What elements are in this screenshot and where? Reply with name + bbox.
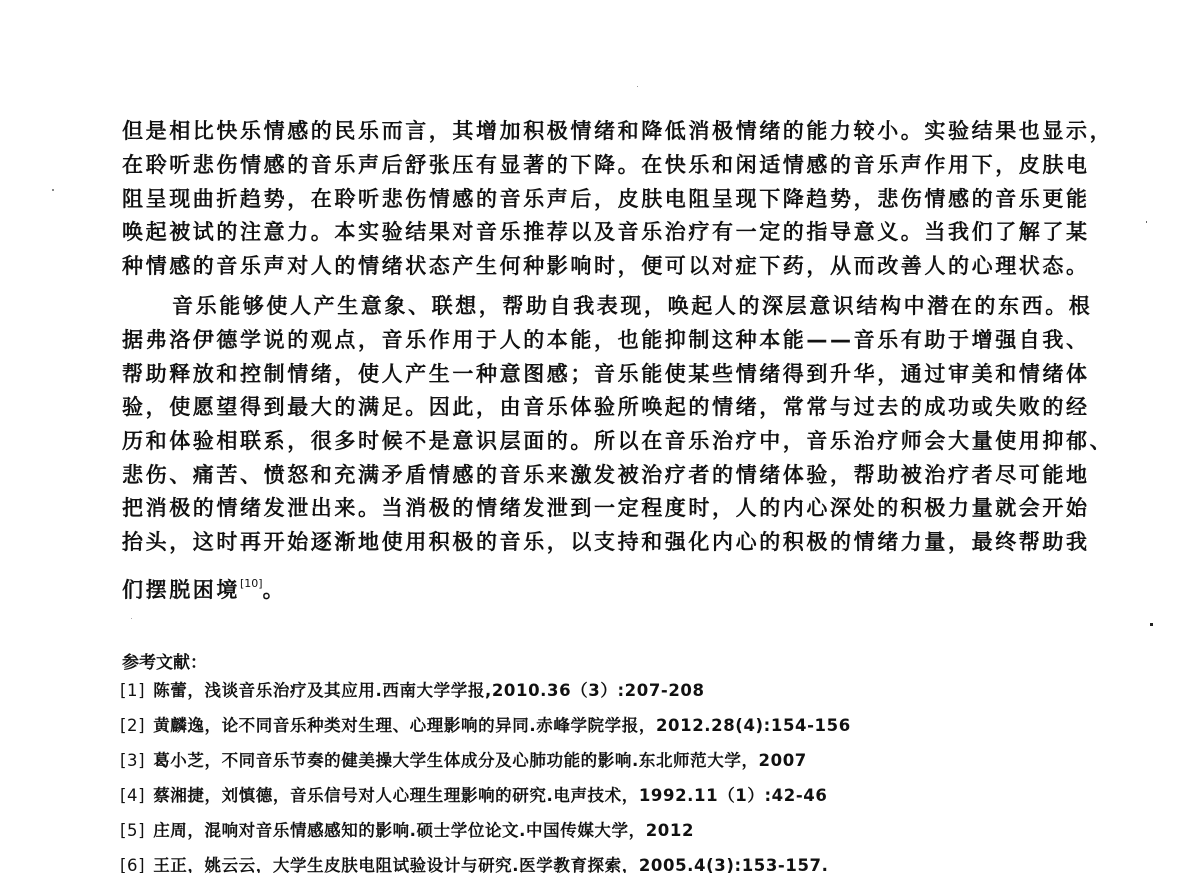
- text-line: 抬头，这时再开始逐渐地使用积极的音乐，以支持和强化内心的积极的情绪力量，最终帮助…: [122, 525, 1090, 559]
- reference-text: 陈蕾，浅谈音乐治疗及其应用.西南大学学报,2010.36（3）:207-208: [153, 681, 704, 700]
- reference-number: [2]: [120, 716, 145, 735]
- reference-item: [1]陈蕾，浅谈音乐治疗及其应用.西南大学学报,2010.36（3）:207-2…: [120, 680, 705, 702]
- reference-number: [3]: [120, 751, 145, 770]
- text-line: 们摆脱困境: [122, 578, 240, 602]
- text-line: 音乐能够使人产生意象、联想，帮助自我表现，唤起人的深层意识结构中潜在的东西。根: [172, 289, 1092, 323]
- reference-item: [3]葛小芝，不同音乐节奏的健美操大学生体成分及心肺功能的影响.东北师范大学，2…: [120, 750, 807, 772]
- reference-text: 王正，姚云云，大学生皮肤电阻试验设计与研究.医学教育探索，2005.4(3):1…: [153, 856, 828, 873]
- scan-speck: [131, 618, 132, 619]
- reference-number: [1]: [120, 681, 145, 700]
- text-line: 验，使愿望得到最大的满足。因此，由音乐体验所唤起的情绪，常常与过去的成功或失败的…: [122, 390, 1090, 424]
- references-heading: 参考文献：: [122, 648, 207, 673]
- text-line: 在聆听悲伤情感的音乐声后舒张压有显著的下降。在快乐和闲适情感的音乐声作用下，皮肤…: [122, 148, 1090, 182]
- text-line: 悲伤、痛苦、愤怒和充满矛盾情感的音乐来激发被治疗者的情绪体验，帮助被治疗者尽可能…: [122, 458, 1090, 492]
- reference-text: 蔡湘捷，刘慎德，音乐信号对人心理生理影响的研究.电声技术，1992.11（1）:…: [153, 786, 827, 805]
- reference-text: 庄周，混响对音乐情感感知的影响.硕士学位论文.中国传媒大学，2012: [153, 821, 694, 840]
- scan-speck: [1146, 221, 1147, 223]
- reference-number: [4]: [120, 786, 145, 805]
- text-line-last: 们摆脱困境[10]。: [122, 573, 286, 607]
- reference-item: [2]黄麟逸，论不同音乐种类对生理、心理影响的异同.赤峰学院学报，2012.28…: [120, 715, 851, 737]
- reference-item: [6]王正，姚云云，大学生皮肤电阻试验设计与研究.医学教育探索，2005.4(3…: [120, 855, 829, 873]
- text-line: 但是相比快乐情感的民乐而言，其增加积极情绪和降低消极情绪的能力较小。实验结果也显…: [122, 114, 1113, 148]
- reference-text: 葛小芝，不同音乐节奏的健美操大学生体成分及心肺功能的影响.东北师范大学，2007: [153, 751, 807, 770]
- sentence-end: 。: [263, 578, 287, 602]
- document-page: 但是相比快乐情感的民乐而言，其增加积极情绪和降低消极情绪的能力较小。实验结果也显…: [0, 0, 1200, 873]
- text-line: 帮助释放和控制情绪，使人产生一种意图感；音乐能使某些情绪得到升华，通过审美和情绪…: [122, 357, 1090, 391]
- reference-text: 黄麟逸，论不同音乐种类对生理、心理影响的异同.赤峰学院学报，2012.28(4)…: [153, 716, 851, 735]
- reference-number: [5]: [120, 821, 145, 840]
- citation-marker[interactable]: [10]: [240, 577, 263, 590]
- text-line: 种情感的音乐声对人的情绪状态产生何种影响时，便可以对症下药，从而改善人的心理状态…: [122, 249, 1090, 283]
- reference-item: [4]蔡湘捷，刘慎德，音乐信号对人心理生理影响的研究.电声技术，1992.11（…: [120, 785, 827, 807]
- text-line: 阻呈现曲折趋势，在聆听悲伤情感的音乐声后，皮肤电阻呈现下降趋势，悲伤情感的音乐更…: [122, 182, 1090, 216]
- text-line: 据弗洛伊德学说的观点，音乐作用于人的本能，也能抑制这种本能——音乐有助于增强自我…: [122, 323, 1090, 357]
- scan-speck: [637, 86, 638, 87]
- reference-item: [5]庄周，混响对音乐情感感知的影响.硕士学位论文.中国传媒大学，2012: [120, 820, 694, 842]
- text-line: 唤起被试的注意力。本实验结果对音乐推荐以及音乐治疗有一定的指导意义。当我们了解了…: [122, 215, 1090, 249]
- text-line: 把消极的情绪发泄出来。当消极的情绪发泄到一定程度时，人的内心深处的积极力量就会开…: [122, 491, 1090, 525]
- text-line: 历和体验相联系，很多时候不是意识层面的。所以在音乐治疗中，音乐治疗师会大量使用抑…: [122, 424, 1113, 458]
- scan-speck: [52, 189, 54, 191]
- reference-number: [6]: [120, 856, 145, 873]
- scan-speck: [1150, 623, 1153, 626]
